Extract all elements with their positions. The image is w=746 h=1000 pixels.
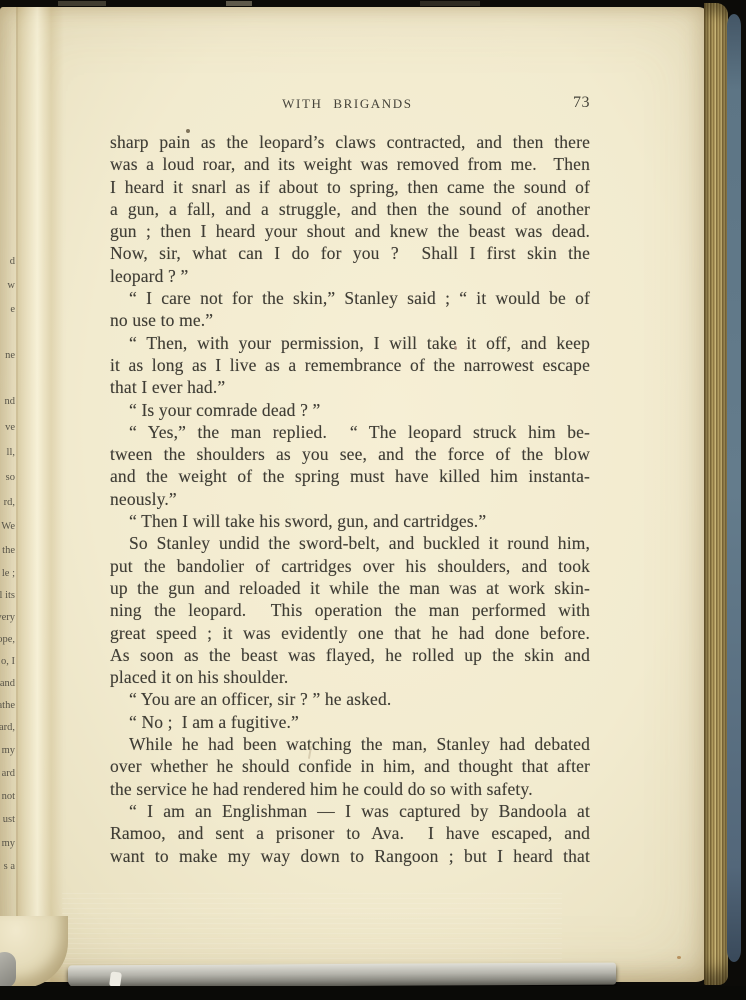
margin-text-fragment: d <box>10 256 15 268</box>
text-line: ning the leopard. This operation the man… <box>110 599 590 621</box>
header-title: WITH BRIGANDS <box>282 96 412 112</box>
text-line: While he had been watching the man, Stan… <box>110 733 590 755</box>
text-line: gun ; then I heard your shout and knew t… <box>110 220 590 242</box>
margin-text-fragment: w <box>7 280 15 292</box>
margin-text-fragment: my <box>2 838 15 850</box>
text-line: the service he had rendered him he could… <box>110 778 590 800</box>
margin-text-fragment: rd, <box>4 497 15 509</box>
text-line: “ No ; I am a fugitive.” <box>110 711 590 733</box>
text-line: Ramoo, and sent a prisoner to Ava. I hav… <box>110 822 590 844</box>
text-line: “ Then I will take his sword, gun, and c… <box>110 510 590 532</box>
text-line: was a loud roar, and its weight was remo… <box>110 153 590 175</box>
margin-text-fragment: ust <box>3 814 15 826</box>
text-lines: sharp pain as the leopard’s claws contra… <box>110 131 590 867</box>
text-line: As soon as the beast was flayed, he roll… <box>110 644 590 666</box>
margin-text-fragment: my <box>2 745 15 757</box>
text-line: leopard ? ” <box>110 265 590 287</box>
top-edge-highlight <box>58 1 106 6</box>
text-line: it as long as I live as a remembrance of… <box>110 354 590 376</box>
text-line: “ I am an Englishman — I was captured by… <box>110 800 590 822</box>
top-edge-highlight <box>420 1 480 6</box>
margin-text-fragment: very <box>0 612 15 624</box>
margin-text-fragment: l its <box>0 590 15 602</box>
margin-text-fragment: athe <box>0 700 15 712</box>
book-cover-strip <box>727 14 741 962</box>
margin-text-fragment: the <box>2 545 15 557</box>
text-line: So Stanley undid the sword-belt, and buc… <box>110 532 590 554</box>
margin-text-fragment: ard <box>2 768 15 780</box>
book-scan: dwenendvell,sord,Wethele ;l itsveryope,o… <box>0 0 746 1000</box>
margin-text-fragment: e <box>10 304 15 316</box>
margin-text-fragment: and <box>0 678 15 690</box>
running-header: WITH BRIGANDS 73 <box>110 96 590 114</box>
text-line: I heard it snarl as if about to spring, … <box>110 176 590 198</box>
dust-speck <box>454 346 457 350</box>
text-line: a gun, a fall, and a struggle, and then … <box>110 198 590 220</box>
text-line: over whether he should confide in him, a… <box>110 755 590 777</box>
facing-page-text-fragments: dwenendvell,sord,Wethele ;l itsveryope,o… <box>0 0 17 1000</box>
text-line: great speed ; it was evidently one that … <box>110 622 590 644</box>
margin-text-fragment: not <box>2 791 15 803</box>
margin-text-fragment: ard, <box>0 722 15 734</box>
page-edge-stack <box>704 3 728 985</box>
text-line: want to make my way down to Rangoon ; bu… <box>110 845 590 867</box>
dust-speck <box>677 956 681 959</box>
text-line: no use to me.” <box>110 309 590 331</box>
margin-text-fragment: ope, <box>0 634 15 646</box>
margin-text-fragment: ne <box>5 350 15 362</box>
margin-text-fragment: le ; <box>2 568 15 580</box>
margin-text-fragment: ve <box>5 422 15 434</box>
margin-text-fragment: s a <box>4 861 15 873</box>
text-line: placed it on his shoulder. <box>110 666 590 688</box>
top-edge-highlight <box>226 1 252 6</box>
margin-text-fragment: nd <box>5 396 16 408</box>
text-line: “ Then, with your permission, I will tak… <box>110 332 590 354</box>
text-line: up the gun and reloaded it while the man… <box>110 577 590 599</box>
page-number: 73 <box>573 94 590 112</box>
text-line: put the bandolier of cartridges over his… <box>110 555 590 577</box>
text-line: that I ever had.” <box>110 376 590 398</box>
dust-speck <box>186 129 190 133</box>
text-line: neously.” <box>110 488 590 510</box>
clip-fragment <box>0 952 16 988</box>
text-line: Now, sir, what can I do for you ? Shall … <box>110 242 590 264</box>
text-line: “ I care not for the skin,” Stanley said… <box>110 287 590 309</box>
text-line: “ Is your comrade dead ? ” <box>110 399 590 421</box>
text-line: “ Yes,” the man replied. “ The leopard s… <box>110 421 590 443</box>
margin-text-fragment: so <box>6 472 15 484</box>
text-line: and the weight of the spring must have k… <box>110 465 590 487</box>
text-line: sharp pain as the leopard’s claws contra… <box>110 131 590 153</box>
text-line: “ You are an officer, sir ? ” he asked. <box>110 688 590 710</box>
page-gutter-crease <box>18 7 64 982</box>
margin-text-fragment: ll, <box>7 447 15 459</box>
margin-text-fragment: We <box>1 521 15 533</box>
margin-text-fragment: o, I <box>1 656 15 668</box>
bottom-shadow <box>0 986 746 1000</box>
scanner-bar <box>68 963 616 988</box>
scan-reflection-streaks <box>62 893 562 965</box>
text-line: tween the shoulders as you see, and the … <box>110 443 590 465</box>
